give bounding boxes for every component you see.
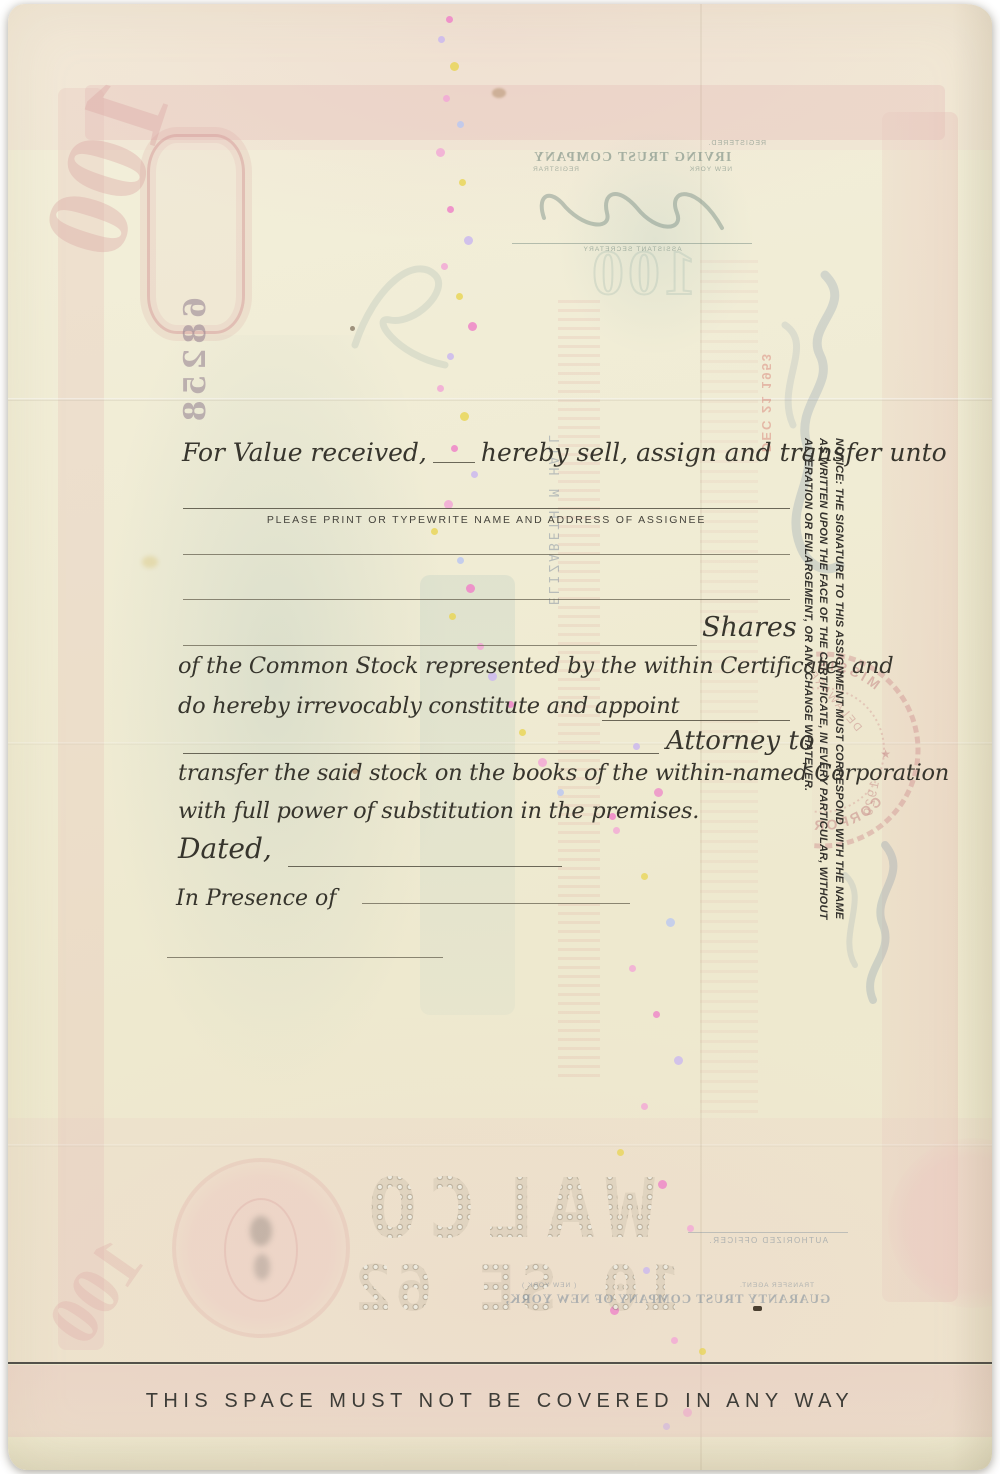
signature-notice: NOTICE: THE SIGNATURE TO THIS ASSIGNMENT… bbox=[800, 438, 847, 943]
witness-signature-line bbox=[362, 903, 630, 904]
footer-band: THIS SPACE MUST NOT BE COVERED IN ANY WA… bbox=[8, 1365, 992, 1437]
transfer-agent-block-bleed: TRANSFER AGENT. ( NEW YORK ) GUARANTY TR… bbox=[495, 1282, 840, 1307]
authorized-officer-bleed: AUTHORIZED OFFICER. bbox=[688, 1232, 848, 1245]
certificate-paper: 100 100 100 68258 REGISTERED. IRVING TRU… bbox=[8, 4, 992, 1470]
opening-right-text: hereby sell, assign and transfer unto bbox=[481, 438, 947, 467]
seal-star: ★ bbox=[880, 747, 891, 761]
witness-label: In Presence of bbox=[176, 886, 336, 911]
serial-medallion: 68258 bbox=[147, 134, 245, 334]
witness-line-2 bbox=[167, 957, 443, 958]
do-not-cover-text: THIS SPACE MUST NOT BE COVERED IN ANY WA… bbox=[146, 1390, 855, 1413]
assignee-address-line-1 bbox=[183, 554, 790, 555]
transfer-agent-title-bleed: TRANSFER AGENT. bbox=[739, 1282, 814, 1289]
notice-line-1: NOTICE: THE SIGNATURE TO THIS ASSIGNMENT… bbox=[831, 438, 847, 943]
transfer-agent-name-bleed: GUARANTY TRUST COMPANY OF NEW YORK, bbox=[495, 1291, 840, 1307]
rosette-bottom-left bbox=[172, 1158, 350, 1338]
registrar-city-bleed: NEW YORK bbox=[689, 166, 732, 173]
red-text-column-bleed bbox=[558, 300, 600, 1080]
rosette-bottom-right bbox=[888, 1138, 992, 1308]
denomination-100-bottom-left: 100 bbox=[31, 1223, 161, 1359]
attorney-name-line-1 bbox=[602, 720, 790, 721]
notice-line-2: AS WRITTEN UPON THE FACE OF THE CERTIFIC… bbox=[815, 438, 831, 943]
opening-left-text: For Value received, bbox=[182, 438, 427, 467]
attorney-name-line-2 bbox=[183, 753, 659, 754]
assignee-address-line-2 bbox=[183, 599, 790, 600]
scanned-certificate-back: 100 100 100 68258 REGISTERED. IRVING TRU… bbox=[0, 0, 1000, 1474]
registrar-title-bleed: REGISTRAR bbox=[532, 166, 579, 173]
assignee-name-line bbox=[183, 508, 790, 509]
registrar-block-bleed: REGISTERED. IRVING TRUST COMPANY NEW YOR… bbox=[498, 140, 766, 253]
transfer-agent-city-bleed: ( NEW YORK ) bbox=[521, 1282, 576, 1289]
pink-left-band bbox=[58, 88, 104, 1350]
registered-label-bleed: REGISTERED. bbox=[498, 140, 766, 147]
blank-insert-line bbox=[433, 462, 475, 463]
notice-line-3: ALTERATION OR ENLARGEMENT, OR ANY CHANGE… bbox=[800, 438, 816, 943]
stain bbox=[492, 88, 506, 98]
dated-label: Dated, bbox=[178, 832, 272, 865]
footer-rule bbox=[8, 1362, 992, 1364]
signature-flourish-bleed-left bbox=[335, 225, 465, 385]
pink-top-band bbox=[85, 85, 945, 140]
shares-count-line bbox=[183, 645, 697, 646]
stain bbox=[142, 556, 158, 568]
clause-line-2: do hereby irrevocably constitute and app… bbox=[178, 693, 679, 719]
perforation-row-1: WALCO bbox=[358, 1162, 655, 1257]
assistant-secretary-bleed: ASSISTANT SECRETARY bbox=[498, 246, 766, 253]
shares-label: Shares bbox=[702, 612, 797, 643]
certificate-number-bleed: 68258 bbox=[178, 297, 213, 426]
attorney-label: Attorney to bbox=[666, 726, 814, 756]
registrar-signature-bleed bbox=[512, 173, 752, 243]
registrar-name-bleed: IRVING TRUST COMPANY bbox=[498, 149, 766, 165]
assignee-instruction: PLEASE PRINT OR TYPEWRITE NAME AND ADDRE… bbox=[183, 514, 790, 526]
dated-line bbox=[288, 866, 562, 867]
fold-crease bbox=[8, 1144, 992, 1147]
teal-underprint-strip bbox=[420, 575, 515, 1015]
clause-line-4: with full power of substitution in the p… bbox=[178, 798, 699, 824]
clause-line-1: of the Common Stock represented by the w… bbox=[178, 653, 893, 679]
